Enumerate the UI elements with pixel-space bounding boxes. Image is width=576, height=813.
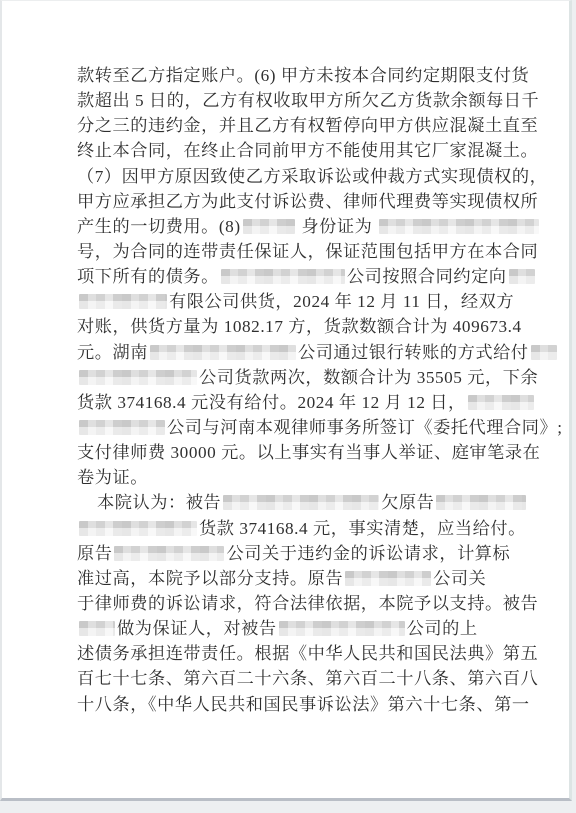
text-segment: 分之三的违约金，并且乙方有权暂停向甲方供应混凝土直至 — [77, 116, 538, 135]
text-line: 分之三的违约金，并且乙方有权暂停向甲方供应混凝土直至 — [77, 113, 513, 138]
screenshot-root: { "page": { "background": "#ffffff", "ou… — [0, 0, 576, 813]
text-segment: 身份证为 — [297, 217, 378, 236]
text-line: 对账，供货方量为 1082.17 方，货款数额合计为 409673.4 — [77, 314, 513, 339]
text-line: 有限公司供货，2024 年 12 月 11 日，经双方 — [77, 289, 513, 314]
text-line: 号，为合同的连带责任保证人，保证范围包括甲方在本合同 — [77, 239, 513, 264]
text-segment: 本院认为：被告 — [97, 493, 221, 512]
text-segment: 十八条，《中华人民共和国民事诉讼法》第六十七条、第一 — [77, 695, 530, 714]
text-line: 货款 374168.4 元，事实清楚，应当给付。 — [77, 516, 513, 541]
redaction-block — [243, 219, 295, 234]
text-segment: 公司的上 — [407, 619, 478, 638]
text-segment: 卷为证。 — [77, 468, 148, 487]
text-segment: 终止本合同，在终止合同前甲方不能使用其它厂家混凝土。 — [77, 141, 538, 160]
redaction-block — [79, 621, 115, 636]
text-segment: 货款 374168.4 元，事实清楚，应当给付。 — [199, 519, 526, 538]
text-segment: 号，为合同的连带责任保证人，保证范围包括甲方在本合同 — [77, 242, 538, 261]
document-page: 款转至乙方指定账户。(6) 甲方未按本合同约定期限支付货款超出 5 日的，乙方有… — [0, 0, 572, 801]
redaction-block — [531, 345, 557, 360]
text-segment: 原告 — [77, 544, 112, 563]
redaction-block — [436, 495, 526, 510]
redaction-block — [150, 345, 296, 360]
text-segment: 述债务承担连带责任。根据《中华人民共和国民法典》第五 — [77, 644, 538, 663]
redaction-block — [79, 370, 197, 385]
text-segment: 款超出 5 日的，乙方有权收取甲方所欠乙方货款余额每日千 — [77, 91, 539, 110]
text-segment: 公司与河南本观律师事务所签订《委托代理合同》; — [167, 418, 563, 437]
document-text-block: 款转至乙方指定账户。(6) 甲方未按本合同约定期限支付货款超出 5 日的，乙方有… — [77, 63, 513, 717]
redaction-block — [114, 546, 224, 561]
text-segment: 公司关于违约金的诉讼请求，计算标 — [226, 544, 510, 563]
redaction-block — [79, 420, 165, 435]
paragraph-indent — [77, 507, 97, 508]
text-line: 项下所有的债务。公司按照合同约定向 — [77, 264, 513, 289]
text-line: 十八条，《中华人民共和国民事诉讼法》第六十七条、第一 — [77, 692, 513, 717]
text-segment: （7）因甲方原因致使乙方采取诉讼或仲裁方式实现债权的， — [77, 167, 547, 186]
text-line: 货款 374168.4 元没有给付。2024 年 12 月 12 日， — [77, 390, 513, 415]
text-segment: 产生的一切费用。(8) — [77, 217, 241, 236]
redaction-block — [79, 294, 167, 309]
text-segment: 准过高，本院予以部分支持。原告 — [77, 569, 343, 588]
text-line: 公司与河南本观律师事务所签订《委托代理合同》; — [77, 415, 513, 440]
redaction-block — [468, 395, 534, 410]
text-line: 甲方应承担乙方为此支付诉讼费、律师代理费等实现债权所 — [77, 189, 513, 214]
text-line: 元。湖南公司通过银行转账的方式给付 — [77, 340, 513, 365]
redaction-block — [345, 571, 431, 586]
text-segment: 公司按照合同约定向 — [347, 267, 507, 286]
text-line: 支付律师费 30000 元。以上事实有当事人举证、庭审笔录在 — [77, 440, 513, 465]
text-line: 于律师费的诉讼请求，符合法律依据，本院予以支持。被告 — [77, 591, 513, 616]
text-segment: 支付律师费 30000 元。以上事实有当事人举证、庭审笔录在 — [77, 443, 540, 462]
redaction-block — [509, 269, 535, 284]
text-segment: 货款 374168.4 元没有给付。2024 年 12 月 12 日， — [77, 393, 466, 412]
text-line: 原告公司关于违约金的诉讼请求，计算标 — [77, 541, 513, 566]
text-segment: 有限公司供货，2024 年 12 月 11 日，经双方 — [169, 292, 514, 311]
text-line: 款超出 5 日的，乙方有权收取甲方所欠乙方货款余额每日千 — [77, 88, 513, 113]
text-segment: 百七十七条、第六百二十六条、第六百二十八条、第六百八 — [77, 669, 538, 688]
redaction-block — [79, 521, 197, 536]
text-line: 公司货款两次，数额合计为 35505 元，下余 — [77, 365, 513, 390]
text-line: 卷为证。 — [77, 465, 513, 490]
redaction-block — [379, 219, 539, 234]
text-segment: 项下所有的债务。 — [77, 267, 219, 286]
text-segment: 公司通过银行转账的方式给付 — [298, 343, 529, 362]
text-segment: 于律师费的诉讼请求，符合法律依据，本院予以支持。被告 — [77, 594, 538, 613]
text-segment: 对账，供货方量为 1082.17 方，货款数额合计为 409673.4 — [77, 317, 522, 336]
text-segment: 甲方应承担乙方为此支付诉讼费、律师代理费等实现债权所 — [77, 192, 538, 211]
text-segment: 元。湖南 — [77, 343, 148, 362]
text-segment: 公司货款两次，数额合计为 35505 元，下余 — [199, 368, 538, 387]
text-segment: 公司关 — [433, 569, 486, 588]
text-line: 终止本合同，在终止合同前甲方不能使用其它厂家混凝土。 — [77, 138, 513, 163]
text-line: 产生的一切费用。(8) 身份证为 — [77, 214, 513, 239]
text-line: （7）因甲方原因致使乙方采取诉讼或仲裁方式实现债权的， — [77, 164, 513, 189]
text-line: 做为保证人，对被告公司的上 — [77, 616, 513, 641]
text-line: 款转至乙方指定账户。(6) 甲方未按本合同约定期限支付货 — [77, 63, 513, 88]
redaction-block — [223, 495, 379, 510]
text-segment: 做为保证人，对被告 — [117, 619, 277, 638]
text-line: 准过高，本院予以部分支持。原告公司关 — [77, 566, 513, 591]
text-segment: 款转至乙方指定账户。(6) 甲方未按本合同约定期限支付货 — [77, 66, 529, 85]
redaction-block — [221, 269, 345, 284]
redaction-block — [279, 621, 405, 636]
text-line: 百七十七条、第六百二十六条、第六百二十八条、第六百八 — [77, 666, 513, 691]
text-line: 本院认为：被告欠原告 — [77, 490, 513, 515]
text-segment: 欠原告 — [381, 493, 434, 512]
text-line: 述债务承担连带责任。根据《中华人民共和国民法典》第五 — [77, 641, 513, 666]
